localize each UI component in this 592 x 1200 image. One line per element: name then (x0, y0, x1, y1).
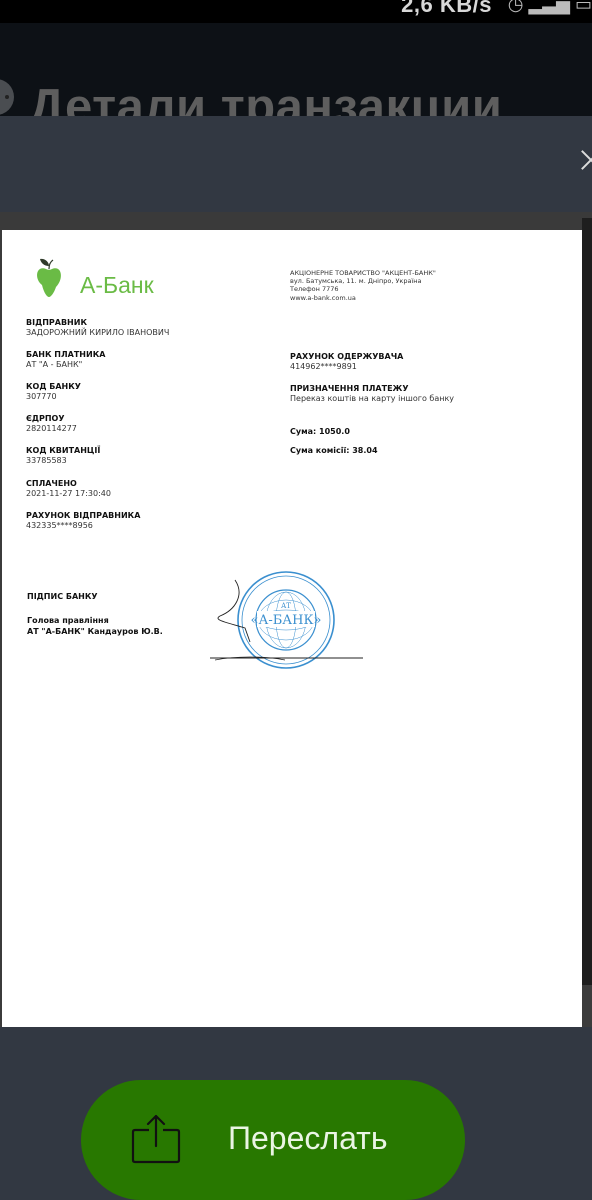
bank-code-field: КОД БАНКУ 307770 (26, 382, 81, 402)
close-icon[interactable] (576, 140, 592, 180)
stamp-small: АТ (281, 602, 291, 610)
share-icon (131, 1114, 181, 1164)
sender-field: ВІДПРАВНИК ЗАДОРОЖНИЙ КИРИЛО ІВАНОВИЧ (26, 318, 169, 338)
field-value: 414962****9891 (290, 362, 403, 372)
field-value: 2021-11-27 17:30:40 (26, 489, 111, 499)
field-label: ПРИЗНАЧЕННЯ ПЛАТЕЖУ (290, 384, 454, 394)
forward-label: Переслать (228, 1120, 387, 1157)
field-value: Переказ коштів на карту іншого банку (290, 394, 454, 404)
signature-position-name: АТ "А-БАНК" Кандауров Ю.В. (27, 626, 163, 637)
field-label: КОД КВИТАНЦІЇ (26, 446, 100, 456)
field-value: 432335****8956 (26, 521, 140, 531)
field-value: 33785583 (26, 456, 100, 466)
company-phone: Телефон 7776 (290, 285, 436, 293)
stamp-center: «А-БАНК» (251, 613, 322, 628)
payer-bank-field: БАНК ПЛАТНИКА АТ "А - БАНК" (26, 350, 105, 370)
field-value: АТ "А - БАНК" (26, 360, 105, 370)
commission: Сума комісії: 38.04 (290, 446, 378, 455)
amount: Сума: 1050.0 (290, 427, 350, 436)
status-bar: 2,6 KB/s ◷ ▂▃▅ ▭ (0, 0, 592, 23)
scrollbar-thumb[interactable] (582, 985, 592, 1027)
forward-button[interactable]: Переслать (81, 1080, 465, 1183)
paid-date-field: СПЛАЧЕНО 2021-11-27 17:30:40 (26, 479, 111, 499)
field-label: БАНК ПЛАТНИКА (26, 350, 105, 360)
field-label: РАХУНОК ВІДПРАВНИКА (26, 511, 140, 521)
company-website: www.a-bank.com.ua (290, 294, 436, 302)
company-info: АКЦІОНЕРНЕ ТОВАРИСТВО "АКЦЕНТ-БАНК" вул.… (290, 269, 436, 302)
field-label: ВІДПРАВНИК (26, 318, 169, 328)
field-value: ЗАДОРОЖНИЙ КИРИЛО ІВАНОВИЧ (26, 328, 169, 338)
signature-position-title: Голова правління (27, 615, 163, 626)
modal-header (0, 116, 592, 212)
bank-logo-text: А-Банк (80, 272, 154, 299)
payment-purpose-field: ПРИЗНАЧЕННЯ ПЛАТЕЖУ Переказ коштів на ка… (290, 384, 454, 404)
edrpou-field: ЄДРПОУ 2820114277 (26, 414, 77, 434)
title-bar: Детали транзакции (0, 23, 592, 130)
field-label: КОД БАНКУ (26, 382, 81, 392)
recipient-account-field: РАХУНОК ОДЕРЖУВАЧА 414962****9891 (290, 352, 403, 372)
field-label: СПЛАЧЕНО (26, 479, 111, 489)
company-name: АКЦІОНЕРНЕ ТОВАРИСТВО "АКЦЕНТ-БАНК" (290, 269, 436, 277)
sender-account-field: РАХУНОК ВІДПРАВНИКА 432335****8956 (26, 511, 140, 531)
viewer-top-strip (0, 212, 592, 230)
field-label: РАХУНОК ОДЕРЖУВАЧА (290, 352, 403, 362)
signal-icon: ◷ ▂▃▅ ▭ (508, 0, 592, 15)
field-label: ЄДРПОУ (26, 414, 77, 424)
signature-position: Голова правління АТ "А-БАНК" Кандауров Ю… (27, 615, 163, 637)
scrollbar-track[interactable] (582, 218, 592, 1027)
bank-stamp-icon: «А-БАНК» АТ (205, 570, 367, 670)
receipt-document: А-Банк АКЦІОНЕРНЕ ТОВАРИСТВО "АКЦЕНТ-БАН… (2, 230, 582, 1027)
company-address: вул. Батумська, 11. м. Дніпро, Україна (290, 277, 436, 285)
network-speed: 2,6 KB/s (401, 0, 492, 18)
receipt-code-field: КОД КВИТАНЦІЇ 33785583 (26, 446, 100, 466)
signature-label: ПІДПИС БАНКУ (27, 592, 98, 601)
field-value: 2820114277 (26, 424, 77, 434)
field-value: 307770 (26, 392, 81, 402)
back-icon[interactable] (0, 79, 14, 115)
